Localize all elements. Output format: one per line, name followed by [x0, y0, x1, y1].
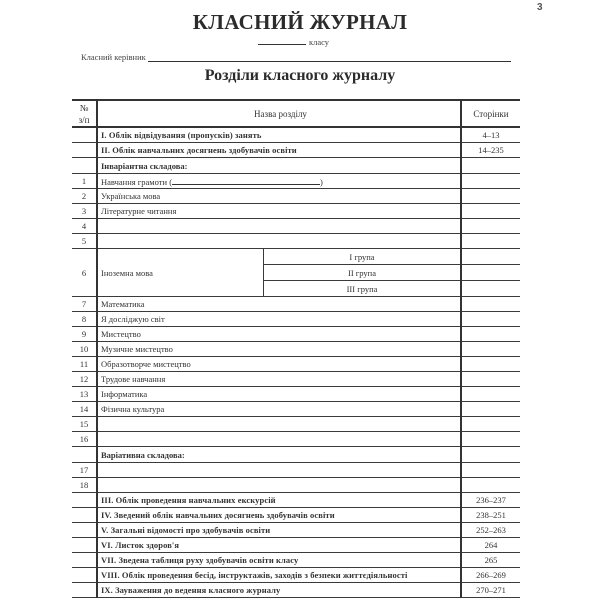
section-row: VII. Зведена таблиця руху здобувачів осв…: [72, 553, 520, 568]
subject-number: 10: [72, 342, 97, 357]
subject-number: 1: [72, 174, 97, 189]
literacy-blank-field[interactable]: [172, 175, 320, 185]
subject-row: 14Фізична культура: [72, 402, 520, 417]
pages-cell[interactable]: [461, 234, 520, 249]
row-number-cell: [72, 493, 97, 508]
section-pages: 265: [461, 553, 520, 568]
subject-name-cell[interactable]: Літературне читання: [97, 204, 461, 219]
section-name: III. Облік проведення навчальних екскурс…: [97, 493, 461, 508]
subject-name-cell[interactable]: [97, 432, 461, 447]
subject-name: Українська мова: [101, 191, 160, 201]
subject-name-cell[interactable]: Я досліджую світ: [97, 312, 461, 327]
section-row: I. Облік відвідування (пропусків) занять…: [72, 127, 520, 143]
section-row: VIII. Облік проведення бесід, інструктаж…: [72, 568, 520, 583]
section-pages: 236–237: [461, 493, 520, 508]
subject-row: 1Навчання грамоти (): [72, 174, 520, 189]
pages-cell[interactable]: [461, 189, 520, 204]
subject-name: Літературне читання: [101, 206, 176, 216]
section-pages: 270–271: [461, 583, 520, 598]
row-number-cell: [72, 538, 97, 553]
subject-name-cell[interactable]: Музичне мистецтво: [97, 342, 461, 357]
section-pages: 238–251: [461, 508, 520, 523]
section-name: VI. Листок здоров'я: [97, 538, 461, 553]
subject-row: 12Трудове навчання: [72, 372, 520, 387]
header-number-label: №: [80, 103, 89, 113]
section-row: IV. Зведений облік навчальних досягнень …: [72, 508, 520, 523]
subject-row: 13Інформатика: [72, 387, 520, 402]
subject-name-cell[interactable]: Трудове навчання: [97, 372, 461, 387]
pages-cell[interactable]: [461, 372, 520, 387]
section-pages: 264: [461, 538, 520, 553]
subject-name: Трудове навчання: [101, 374, 165, 384]
subject-name-cell[interactable]: [97, 463, 461, 478]
subject-number: 6: [72, 249, 97, 297]
row-number-cell: [72, 583, 97, 598]
subject-row: 11Образотворче мистецтво: [72, 357, 520, 372]
subject-name: Іноземна мова: [97, 249, 264, 297]
subject-number: 17: [72, 463, 97, 478]
section-name: VII. Зведена таблиця руху здобувачів осв…: [97, 553, 461, 568]
subject-name: Фізична культура: [101, 404, 164, 414]
section-pages: 252–263: [461, 523, 520, 538]
subject-row: 15: [72, 417, 520, 432]
subject-number: 4: [72, 219, 97, 234]
row-number-cell: [72, 158, 97, 174]
variative-section-label: Варіативна складова:: [97, 447, 461, 463]
pages-cell[interactable]: [461, 357, 520, 372]
invariant-section-label: Інваріантна складова:: [97, 158, 461, 174]
section-pages: 4–13: [461, 127, 520, 143]
subject-number: 3: [72, 204, 97, 219]
pages-cell[interactable]: [461, 417, 520, 432]
section-name: IV. Зведений облік навчальних досягнень …: [97, 508, 461, 523]
pages-cell[interactable]: [461, 204, 520, 219]
subject-row: 16: [72, 432, 520, 447]
pages-cell[interactable]: [461, 312, 520, 327]
subject-number: 11: [72, 357, 97, 372]
subject-name-suffix: ): [320, 177, 323, 187]
class-teacher-blank-field[interactable]: [148, 52, 511, 62]
subject-name-prefix: Навчання грамоти (: [101, 177, 172, 187]
invariant-section-row: Інваріантна складова:: [72, 158, 520, 174]
pages-cell[interactable]: [461, 342, 520, 357]
class-teacher-line: Класний керівник: [81, 52, 511, 62]
section-row: II. Облік навчальних досягнень здобувачі…: [72, 143, 520, 158]
subject-row: 17: [72, 463, 520, 478]
section-name: IX. Зауваження до ведення класного журна…: [97, 583, 461, 598]
subject-row: 4: [72, 219, 520, 234]
subject-number: 14: [72, 402, 97, 417]
section-row: III. Облік проведення навчальних екскурс…: [72, 493, 520, 508]
pages-cell[interactable]: [461, 478, 520, 493]
subject-name-cell[interactable]: Навчання грамоти (): [97, 174, 461, 189]
pages-cell[interactable]: [461, 387, 520, 402]
section-pages: 266–269: [461, 568, 520, 583]
row-number-cell: [72, 523, 97, 538]
subject-name-cell[interactable]: [97, 219, 461, 234]
subject-name-cell[interactable]: Математика: [97, 297, 461, 312]
sections-table: № з/п Назва розділу Сторінки I. Облік ві…: [72, 99, 520, 598]
subject-name: Музичне мистецтво: [101, 344, 173, 354]
class-teacher-label: Класний керівник: [81, 52, 146, 62]
header-number-sub: з/п: [79, 115, 90, 125]
foreign-language-group-row: 6Іноземна моваI група: [72, 249, 520, 265]
section-row: IX. Зауваження до ведення класного журна…: [72, 583, 520, 598]
class-blank-field[interactable]: [258, 36, 306, 45]
section-name: VIII. Облік проведення бесід, інструктаж…: [97, 568, 461, 583]
subject-name-cell[interactable]: [97, 234, 461, 249]
header-pages: Сторінки: [461, 100, 520, 127]
subject-name-cell[interactable]: [97, 417, 461, 432]
pages-cell[interactable]: [461, 158, 520, 174]
subject-row: 3Літературне читання: [72, 204, 520, 219]
subject-number: 12: [72, 372, 97, 387]
section-name: V. Загальні відомості про здобувачів осв…: [97, 523, 461, 538]
subject-number: 18: [72, 478, 97, 493]
row-number-cell: [72, 553, 97, 568]
row-number-cell: [72, 143, 97, 158]
subject-name-cell[interactable]: Інформатика: [97, 387, 461, 402]
subject-number: 8: [72, 312, 97, 327]
section-name: II. Облік навчальних досягнень здобувачі…: [97, 143, 461, 158]
pages-cell[interactable]: [461, 327, 520, 342]
pages-cell[interactable]: [461, 174, 520, 189]
group-label: I група: [264, 249, 462, 265]
journal-title: КЛАСНИЙ ЖУРНАЛ: [0, 10, 600, 35]
pages-cell[interactable]: [461, 265, 520, 281]
section-name: I. Облік відвідування (пропусків) занять: [97, 127, 461, 143]
subject-name: Я досліджую світ: [101, 314, 165, 324]
table-header-row: № з/п Назва розділу Сторінки: [72, 100, 520, 127]
subject-name-cell[interactable]: [97, 478, 461, 493]
section-pages: 14–235: [461, 143, 520, 158]
subject-number: 7: [72, 297, 97, 312]
subject-row: 10Музичне мистецтво: [72, 342, 520, 357]
subject-row: 2Українська мова: [72, 189, 520, 204]
subject-row: 8Я досліджую світ: [72, 312, 520, 327]
subject-name: Інформатика: [101, 389, 147, 399]
section-row: VI. Листок здоров'я264: [72, 538, 520, 553]
header-section-name: Назва розділу: [97, 100, 461, 127]
pages-cell[interactable]: [461, 249, 520, 265]
subject-number: 15: [72, 417, 97, 432]
subject-number: 2: [72, 189, 97, 204]
group-label: III група: [264, 281, 462, 297]
subject-row: 5: [72, 234, 520, 249]
pages-cell[interactable]: [461, 281, 520, 297]
pages-cell[interactable]: [461, 432, 520, 447]
variative-section-row: Варіативна складова:: [72, 447, 520, 463]
row-number-cell: [72, 508, 97, 523]
subject-row: 7Математика: [72, 297, 520, 312]
subject-name-cell[interactable]: Українська мова: [97, 189, 461, 204]
subject-name-cell[interactable]: Образотворче мистецтво: [97, 357, 461, 372]
subject-name-cell[interactable]: Фізична культура: [97, 402, 461, 417]
subject-name: Математика: [101, 299, 145, 309]
row-number-cell: [72, 127, 97, 143]
subject-number: 5: [72, 234, 97, 249]
subject-row: 18: [72, 478, 520, 493]
pages-cell[interactable]: [461, 219, 520, 234]
sections-subtitle: Розділи класного журналу: [0, 67, 600, 85]
subject-number: 16: [72, 432, 97, 447]
class-line: класу: [258, 36, 329, 47]
row-number-cell: [72, 568, 97, 583]
subject-number: 13: [72, 387, 97, 402]
row-number-cell: [72, 447, 97, 463]
subject-row: 9Мистецтво: [72, 327, 520, 342]
header-number: № з/п: [72, 100, 97, 127]
group-label: II група: [264, 265, 462, 281]
section-row: V. Загальні відомості про здобувачів осв…: [72, 523, 520, 538]
class-suffix: класу: [309, 37, 329, 47]
pages-cell[interactable]: [461, 447, 520, 463]
subject-name: Мистецтво: [101, 329, 141, 339]
pages-cell[interactable]: [461, 402, 520, 417]
subject-number: 9: [72, 327, 97, 342]
subject-name-cell[interactable]: Мистецтво: [97, 327, 461, 342]
subject-name: Образотворче мистецтво: [101, 359, 191, 369]
pages-cell[interactable]: [461, 297, 520, 312]
pages-cell[interactable]: [461, 463, 520, 478]
